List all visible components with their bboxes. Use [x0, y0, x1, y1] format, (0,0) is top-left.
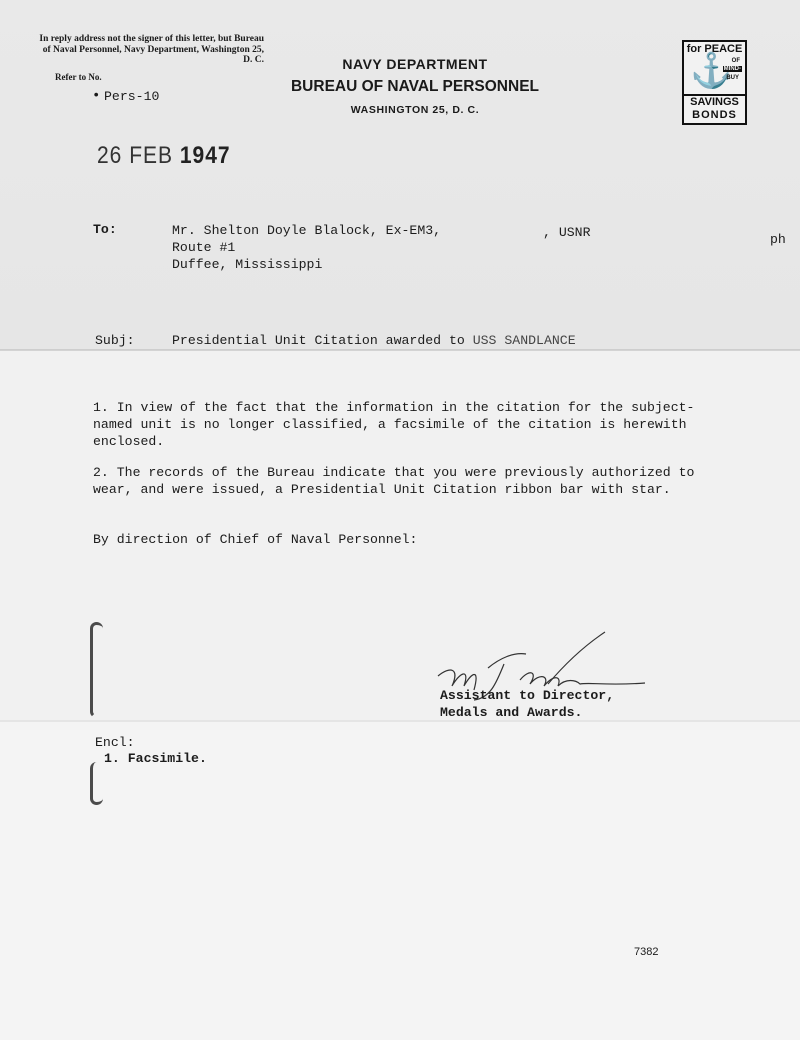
fold-line [0, 720, 800, 722]
signer-title: Assistant to Director, [440, 687, 614, 704]
paper-bottom-fold [0, 720, 800, 1040]
bond-line2: BONDS [684, 109, 745, 121]
bureau-title: BUREAU OF NAVAL PERSONNEL [0, 78, 800, 96]
signer-office: Medals and Awards. [440, 704, 614, 721]
date-day-month: 26 FEB [97, 142, 180, 168]
recipient-name: Mr. Shelton Doyle Blalock, Ex-EM3, [172, 222, 441, 239]
recipient-address: Mr. Shelton Doyle Blalock, Ex-EM3,Route … [172, 222, 441, 273]
subject-text: Presidential Unit Citation awarded to [172, 333, 473, 348]
paper-clip-mark [90, 622, 103, 718]
closing-line: By direction of Chief of Naval Personnel… [93, 531, 417, 548]
savings-bonds-stamp: for PEACE ⚓ OF MIND- BUY SAVINGS BONDS [682, 40, 747, 125]
body-paragraph-1: 1. In view of the fact that the informat… [93, 399, 733, 450]
recipient-street: Route #1 [172, 239, 441, 256]
signature-block: Assistant to Director,Medals and Awards. [440, 687, 614, 721]
enclosure-item: 1. Facsimile. [104, 750, 207, 767]
date-stamp: 26 FEB 1947 [97, 142, 231, 170]
service-branch: , USNR [543, 224, 590, 241]
recipient-city: Duffee, Mississippi [172, 256, 441, 273]
subject-ship: USS SANDLANCE [473, 333, 576, 348]
subject-label: Subj: [95, 332, 135, 349]
paper-clip-mark [90, 762, 103, 805]
department-title: NAVY DEPARTMENT [0, 56, 800, 72]
bond-small-text: OF [732, 58, 740, 64]
enclosure-label: Encl: [95, 734, 135, 751]
bureau-city: WASHINGTON 25, D. C. [0, 104, 800, 116]
subject-line: Presidential Unit Citation awarded to US… [172, 332, 576, 349]
bond-small-text: BUY [726, 75, 739, 81]
typist-initials: ph [770, 231, 786, 248]
date-year: 1947 [180, 142, 231, 168]
body-paragraph-2: 2. The records of the Bureau indicate th… [93, 464, 733, 498]
bond-small-text: MIND- [723, 66, 742, 72]
document-number: 7382 [634, 946, 658, 958]
fold-line [0, 349, 800, 351]
bond-line1: SAVINGS [684, 96, 745, 108]
to-label: To: [93, 221, 117, 238]
